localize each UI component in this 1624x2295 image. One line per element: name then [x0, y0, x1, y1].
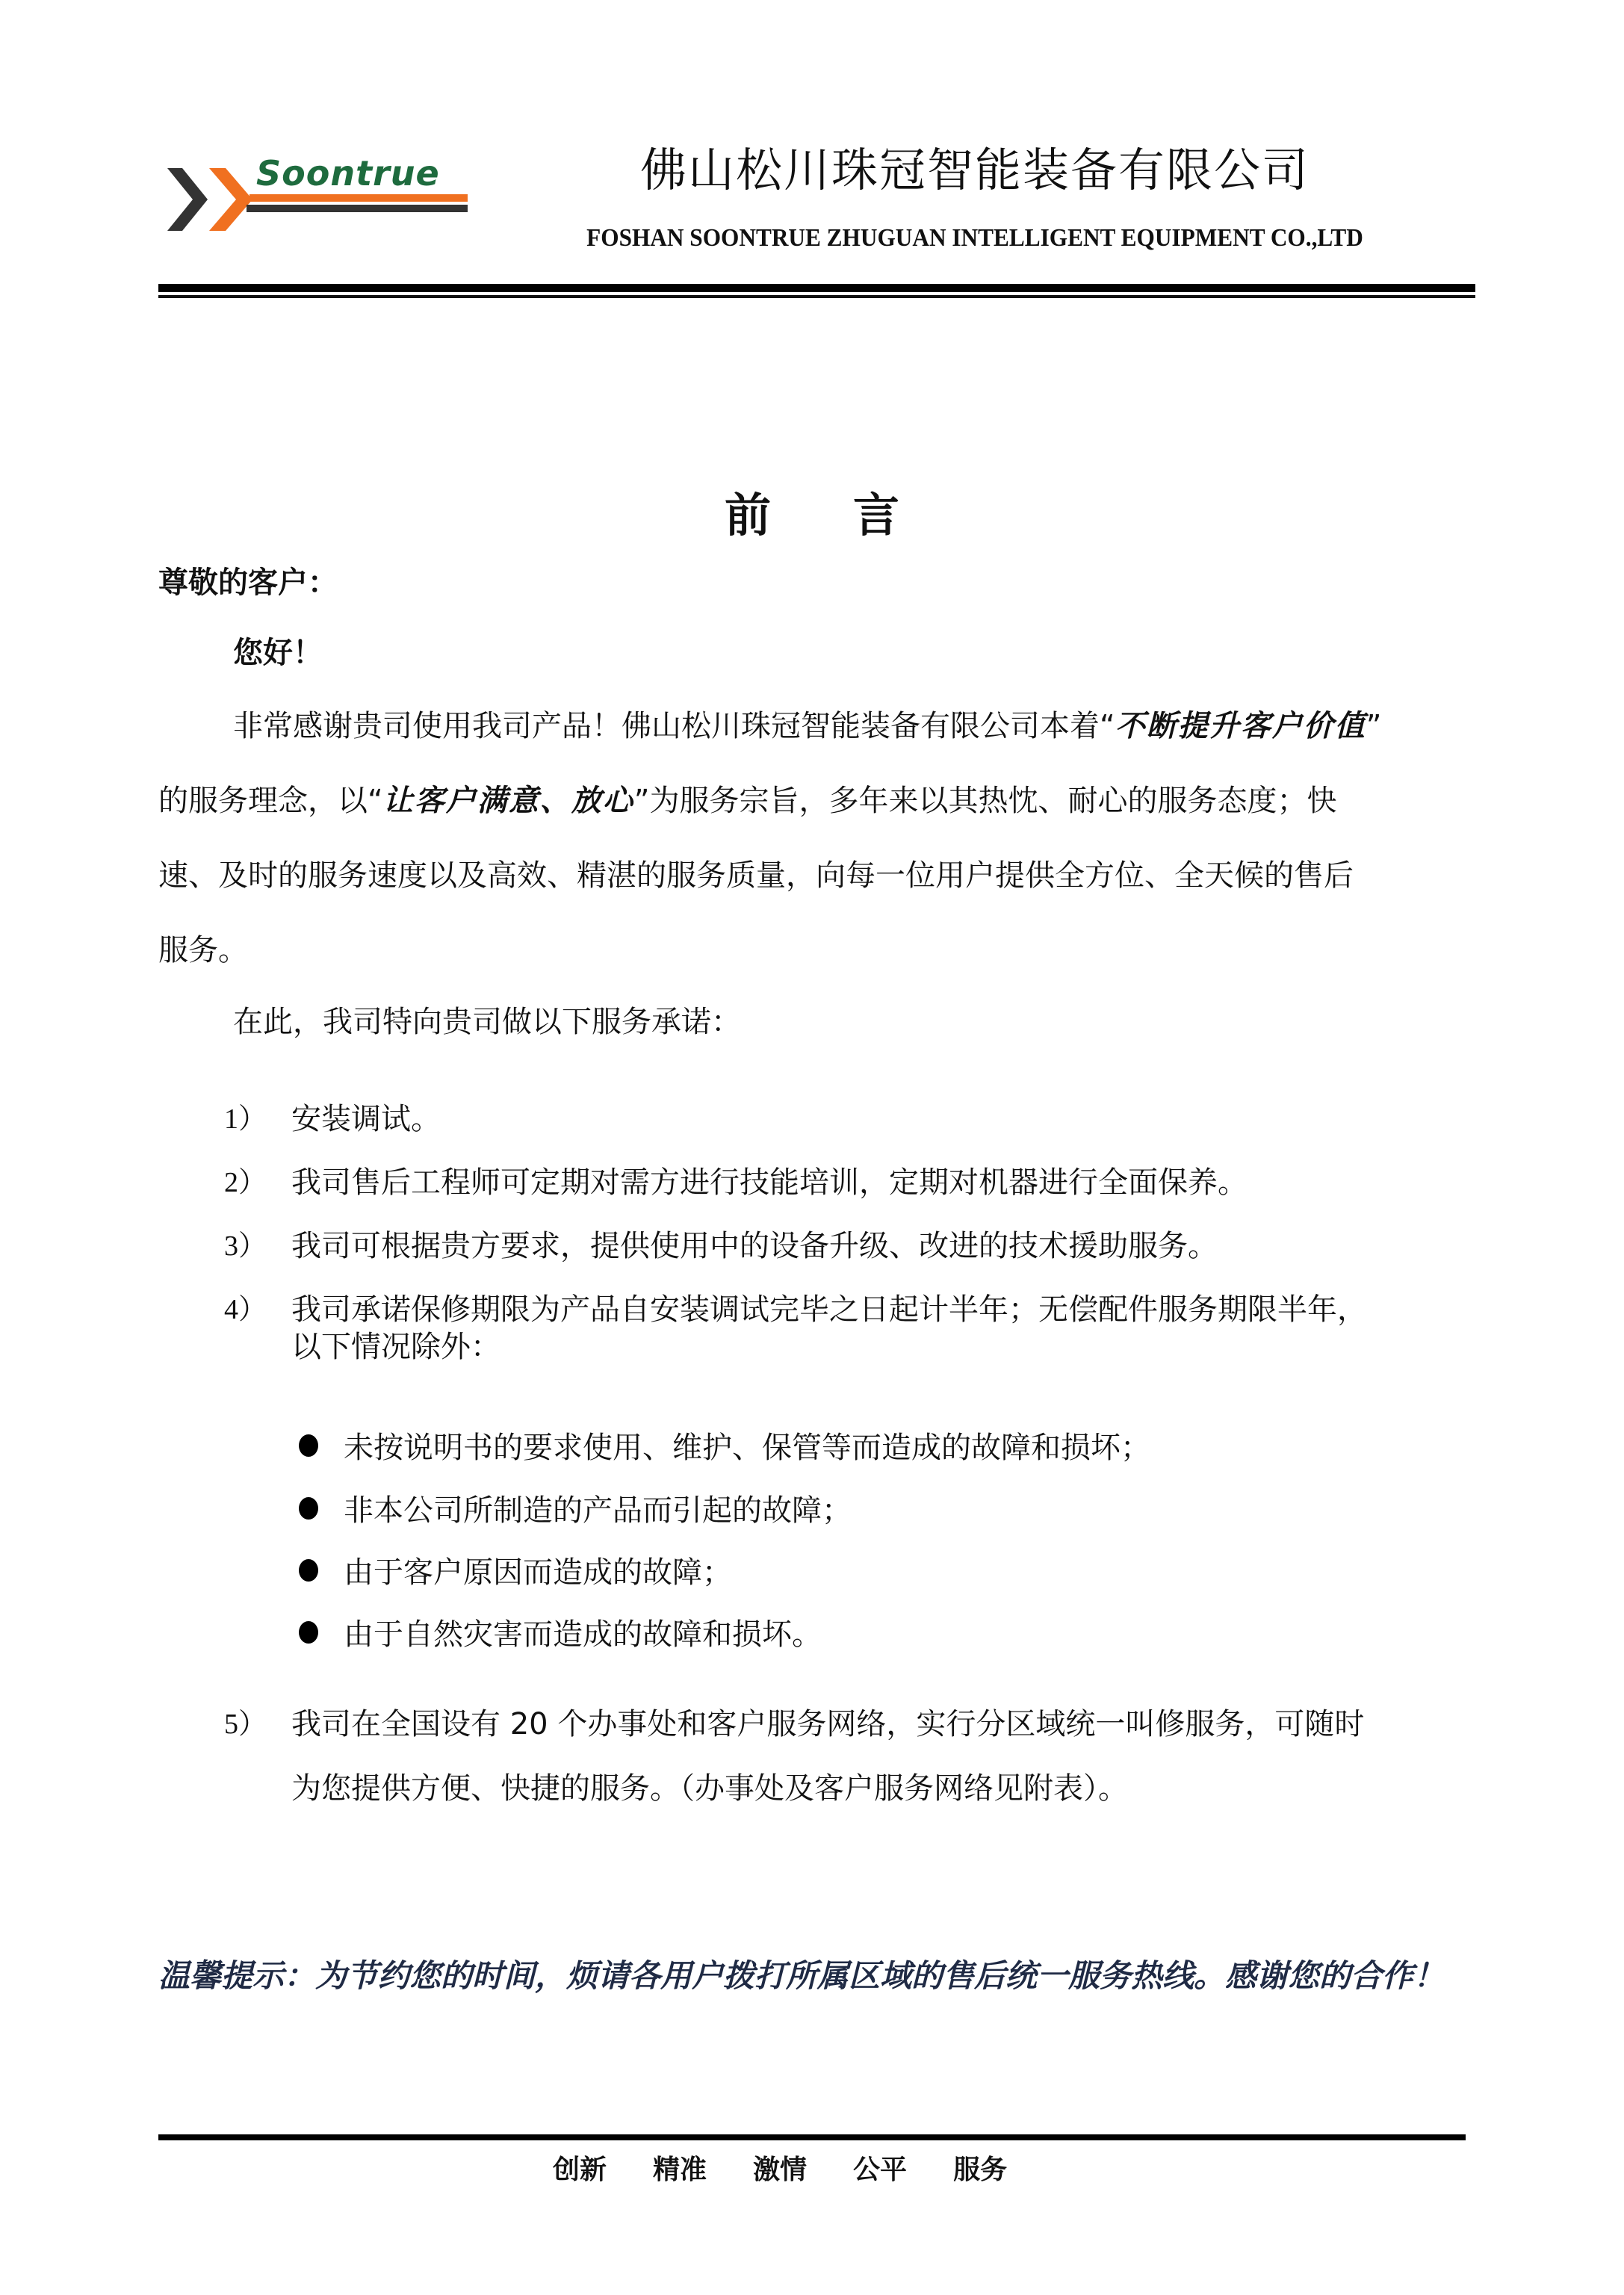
title-char-2: 言 [853, 478, 899, 545]
intro-line-1: 非常感谢贵司使用我司产品！佛山松川珠冠智能装备有限公司本着“不断提升客户价值” [233, 702, 1381, 745]
list-text: 我司可根据贵方要求，提供使用中的设备升级、改进的技术援助服务。 [291, 1222, 1218, 1265]
company-name-cn: 佛山松川珠冠智能装备有限公司 [478, 133, 1472, 199]
intro-line-3: 速、及时的服务速度以及高效、精湛的服务质量，向每一位用户提供全方位、全天候的售后 [158, 852, 1354, 894]
header-rule-thin [158, 295, 1475, 298]
intro-line-4: 服务。 [158, 926, 248, 969]
list-text: 我司售后工程师可定期对需方进行技能培训，定期对机器进行全面保养。 [291, 1159, 1248, 1201]
greeting: 您好！ [233, 629, 323, 672]
soontrue-logo: Soontrue [163, 153, 469, 235]
footer-slogans: 创新精准激情公平服务 [553, 2149, 1053, 2187]
slogan-innovation: 创新 [553, 2149, 607, 2187]
list-text: 我司在全国设有 20 个办事处和客户服务网络，实行分区域统一叫修服务，可随时 [291, 1700, 1364, 1743]
list-number: 3） [224, 1222, 267, 1263]
list-text: 安装调试。 [291, 1095, 441, 1138]
bullet-icon [299, 1434, 318, 1457]
page-title: 前言 [0, 478, 1624, 545]
list-number: 4） [224, 1286, 267, 1327]
bullet-icon [299, 1621, 318, 1644]
slogan-service: 服务 [953, 2149, 1007, 2187]
footer-rule [158, 2134, 1466, 2140]
list-number: 5） [224, 1700, 267, 1741]
warm-tip-notice: 温馨提示：为节约您的时间，烦请各用户拨打所属区域的售后统一服务热线。感谢您的合作… [158, 1951, 1445, 1996]
list-number: 2） [224, 1159, 267, 1200]
commitment-intro: 在此，我司特向贵司做以下服务承诺： [233, 998, 741, 1041]
list-number: 1） [224, 1095, 267, 1136]
slogan-fairness: 公平 [853, 2149, 907, 2187]
service-tenet-emphasis: 让客户满意、放心 [383, 783, 634, 818]
motto-emphasis: 不断提升客户价值 [1115, 708, 1366, 743]
logo-wordmark: Soontrue [256, 153, 440, 193]
slogan-passion: 激情 [753, 2149, 807, 2187]
slogan-precision: 精准 [653, 2149, 707, 2187]
title-char-1: 前 [725, 478, 771, 545]
list-text-cont: 以下情况除外： [291, 1323, 500, 1366]
list-text: 我司承诺保修期限为产品自安装调试完毕之日起计半年；无偿配件服务期限半年， [291, 1286, 1367, 1328]
bullet-icon [299, 1497, 318, 1520]
list-text-cont: 为您提供方便、快捷的服务。（办事处及客户服务网络见附表）。 [291, 1765, 1128, 1807]
bullet-icon [299, 1559, 318, 1582]
header-rule-thick [158, 284, 1475, 292]
salutation: 尊敬的客户： [158, 559, 338, 601]
intro-line-2: 的服务理念，以“让客户满意、放心”为服务宗旨，多年来以其热忱、耐心的服务态度；快 [158, 777, 1336, 820]
company-name-en: FOSHAN SOONTRUE ZHUGUAN INTELLIGENT EQUI… [518, 224, 1432, 253]
